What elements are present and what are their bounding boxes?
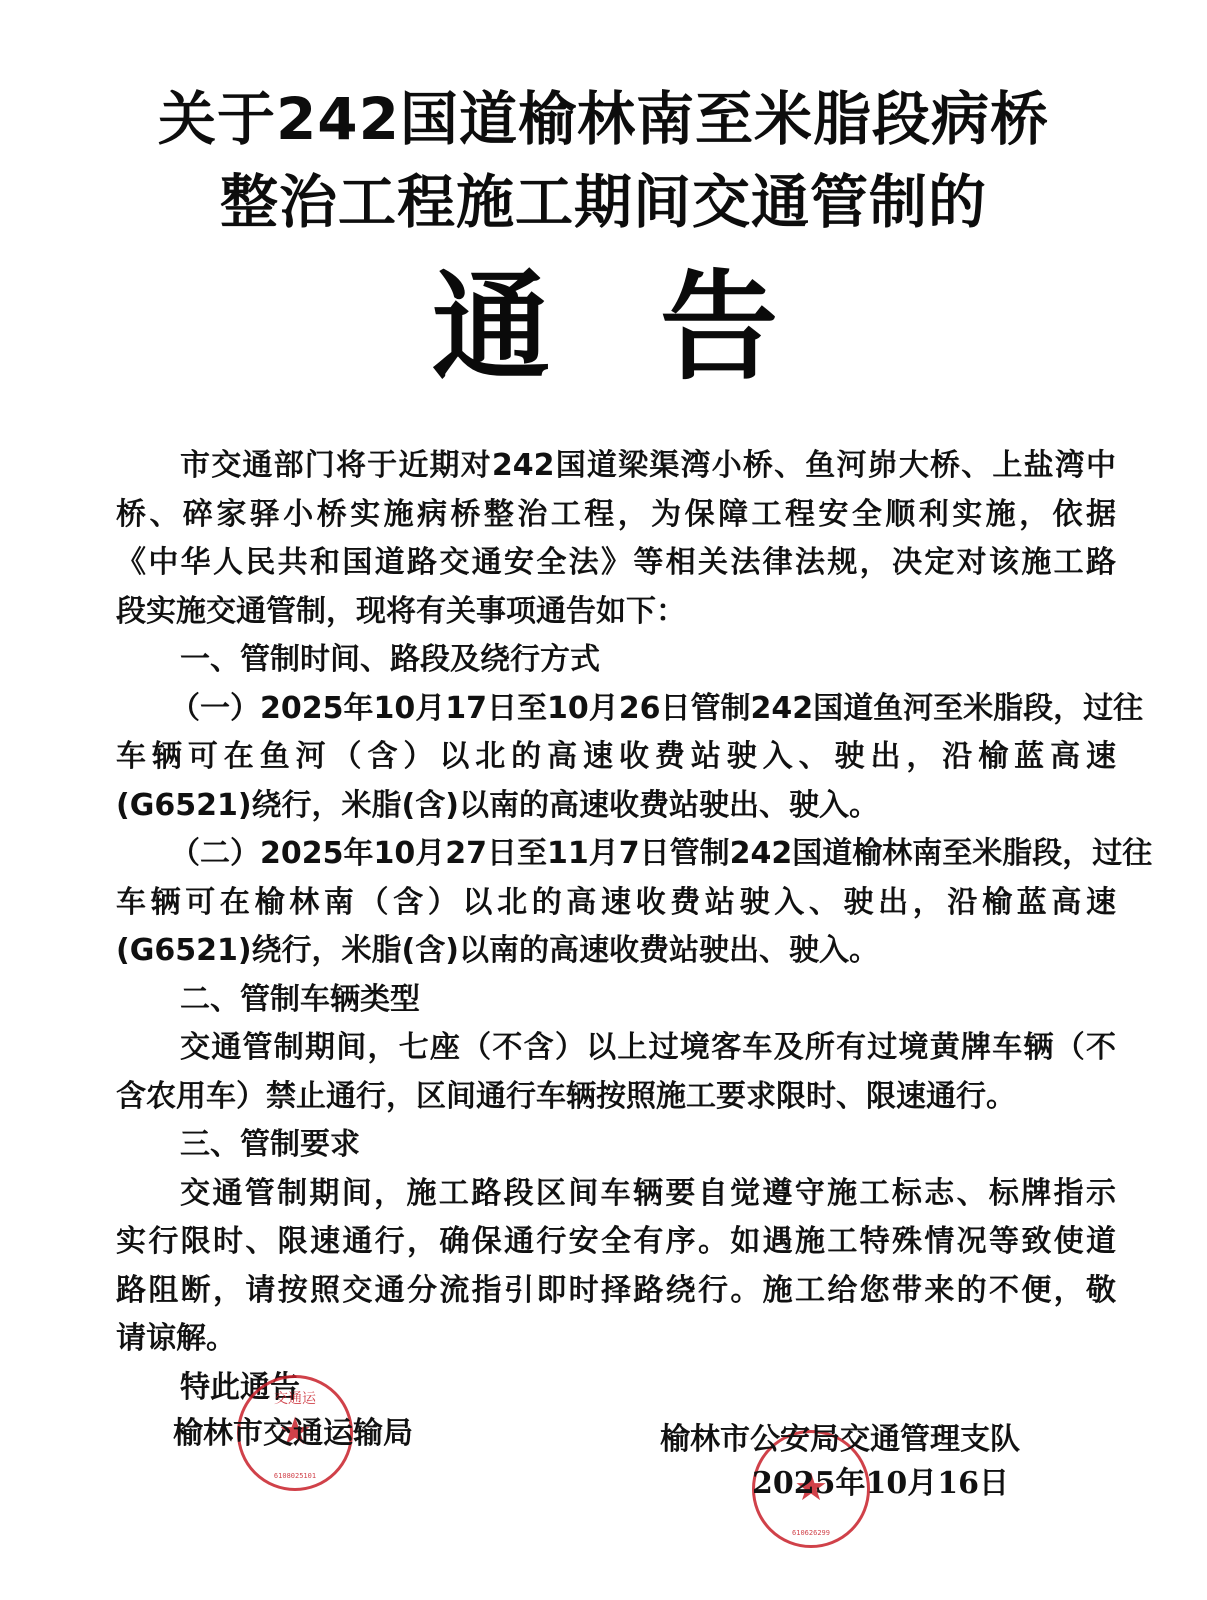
item-line: 车辆可在鱼河（含）以北的高速收费站驶入、驶出，沿榆蓝高速 [116,733,1116,782]
item-line: （二）2025年10月27日至11月7日管制242国道榆林南至米脂段，过往 [116,830,1116,879]
intro-line: 市交通部门将于近期对242国道梁渠湾小桥、鱼河峁大桥、上盐湾中 [116,442,1116,491]
intro-line: 桥、碎家驿小桥实施病桥整治工程，为保障工程安全顺利实施，依据 [116,491,1116,540]
intro-line: 段实施交通管制，现将有关事项通告如下： [116,588,1116,637]
intro-paragraph: 市交通部门将于近期对242国道梁渠湾小桥、鱼河峁大桥、上盐湾中 桥、碎家驿小桥实… [116,442,1116,636]
section-1-item-1: （一）2025年10月17日至10月26日管制242国道鱼河至米脂段，过往 车辆… [116,685,1116,831]
signature-traffic-police: 榆林市公安局交通管理支队 [660,1414,1020,1458]
notice-title-line-2: 整治工程施工期间交通管制的 [0,155,1207,239]
item-line: (G6521)绕行，米脂(含)以南的高速收费站驶出、驶入。 [116,927,1116,976]
section-1-title: 一、管制时间、路段及绕行方式 [116,636,1116,685]
notice-title-line-1: 关于242国道榆林南至米脂段病桥 [0,72,1207,156]
item-line: （一）2025年10月17日至10月26日管制242国道鱼河至米脂段，过往 [116,685,1116,734]
section-1-item-2: （二）2025年10月27日至11月7日管制242国道榆林南至米脂段，过往 车辆… [116,830,1116,976]
section-3-line: 请谅解。 [116,1315,1116,1364]
intro-line: 《中华人民共和国道路交通安全法》等相关法律法规，决定对该施工路 [116,539,1116,588]
notice-heading: 通 告 [0,262,1207,392]
section-2-paragraph: 交通管制期间，七座（不含）以上过境客车及所有过境黄牌车辆（不 含农用车）禁止通行… [116,1024,1116,1121]
seal-code: 6108025101 [240,1472,350,1480]
item-line: 车辆可在榆林南（含）以北的高速收费站驶入、驶出，沿榆蓝高速 [116,879,1116,928]
heading-char-tong: 通 [432,262,550,392]
section-2-line: 交通管制期间，七座（不含）以上过境客车及所有过境黄牌车辆（不 [116,1024,1116,1073]
signature-transport-bureau: 榆林市交通运输局 [173,1408,413,1452]
seal-text: 交通运 [240,1388,350,1408]
signature-date: 2025年10月16日 [752,1458,1009,1502]
section-3-line: 路阻断，请按照交通分流指引即时择路绕行。施工给您带来的不便，敬 [116,1267,1116,1316]
section-3-title: 三、管制要求 [116,1121,1116,1170]
section-2-line: 含农用车）禁止通行，区间通行车辆按照施工要求限时、限速通行。 [116,1073,1116,1122]
section-3-paragraph: 交通管制期间，施工路段区间车辆要自觉遵守施工标志、标牌指示 实行限时、限速通行，… [116,1170,1116,1364]
section-3-line: 实行限时、限速通行，确保通行安全有序。如遇施工特殊情况等致使道 [116,1218,1116,1267]
heading-char-gao: 告 [660,262,778,392]
seal-code: 610626299 [755,1529,867,1537]
section-3-line: 交通管制期间，施工路段区间车辆要自觉遵守施工标志、标牌指示 [116,1170,1116,1219]
item-line: (G6521)绕行，米脂(含)以南的高速收费站驶出、驶入。 [116,782,1116,831]
section-2-title: 二、管制车辆类型 [116,976,1116,1025]
notice-body: 市交通部门将于近期对242国道梁渠湾小桥、鱼河峁大桥、上盐湾中 桥、碎家驿小桥实… [116,442,1116,1412]
